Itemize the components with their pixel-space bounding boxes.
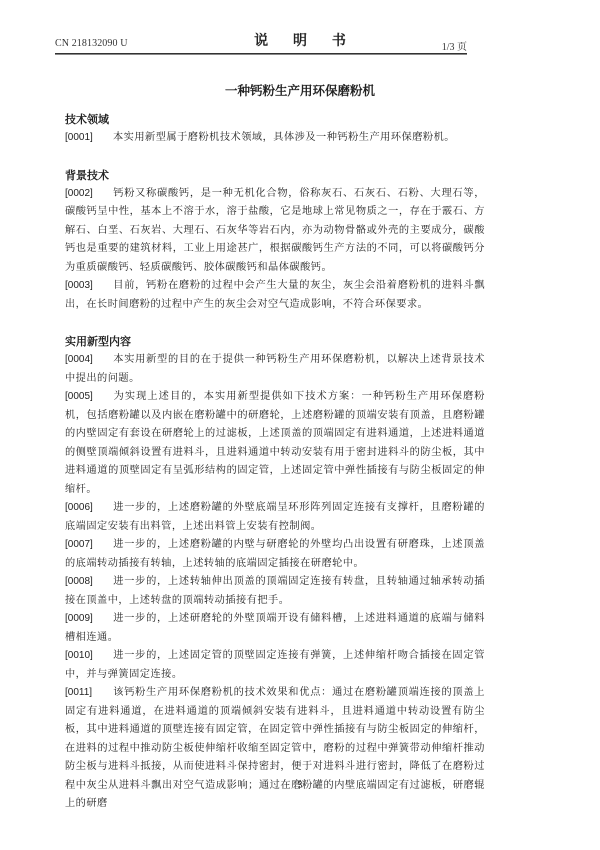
paragraph-text: 进一步的，上述磨粉罐的外壁底端呈环形阵列固定连接有支撑杆，且磨粉罐的底端固定安装…: [65, 502, 485, 532]
paragraph: [0007]进一步的，上述磨粉罐的内壁与研磨轮的外壁均凸出设置有研磨珠，上述顶盖…: [65, 536, 485, 573]
paragraph-text: 进一步的，上述转轴伸出顶盖的顶端固定连接有转盘，且转轴通过轴承转动插接在顶盖中，…: [65, 576, 485, 606]
paragraph-number: [0006]: [65, 499, 113, 518]
section-heading: 实用新型内容: [65, 332, 485, 351]
document-body: 技术领域 [0001]本实用新型属于磨粉机技术领域，具体涉及一种钙粉生产用环保磨…: [65, 110, 485, 814]
paragraph-number: [0010]: [65, 647, 113, 666]
paragraph-text: 进一步的，上述研磨轮的外壁顶端开设有储料槽，上述进料通道的底端与储料槽相连通。: [65, 613, 485, 643]
paragraph-number: [0001]: [65, 129, 113, 148]
paragraph-text: 进一步的，上述磨粉罐的内壁与研磨轮的外壁均凸出设置有研磨珠，上述顶盖的底端转动插…: [65, 539, 485, 569]
paragraph-number: [0008]: [65, 573, 113, 592]
section-heading: 技术领域: [65, 110, 485, 129]
paragraph: [0002]钙粉又称碳酸钙，是一种无机化合物，俗称灰石、石灰石、石粉、大理石等，…: [65, 185, 485, 278]
paragraph-number: [0009]: [65, 610, 113, 629]
paragraph: [0004]本实用新型的目的在于提供一种钙粉生产用环保磨粉机，以解决上述背景技术…: [65, 351, 485, 388]
paragraph-number: [0011]: [65, 684, 113, 703]
paragraph: [0011]该钙粉生产用环保磨粉机的技术效果和优点：通过在磨粉罐顶端连接的顶盖上…: [65, 684, 485, 814]
page-count: 1/3 页: [442, 38, 467, 53]
paragraph-number: [0003]: [65, 277, 113, 296]
paragraph-number: [0002]: [65, 185, 113, 204]
document-type: 说 明 书: [0, 30, 600, 50]
paragraph-text: 进一步的，上述固定管的顶壁固定连接有弹簧，上述伸缩杆吻合插接在固定管中，并与弹簧…: [65, 650, 485, 680]
paragraph-number: [0004]: [65, 351, 113, 370]
section-summary: 实用新型内容 [0004]本实用新型的目的在于提供一种钙粉生产用环保磨粉机，以解…: [65, 332, 485, 814]
paragraph-text: 本实用新型属于磨粉机技术领域，具体涉及一种钙粉生产用环保磨粉机。: [113, 132, 455, 143]
paragraph: [0006]进一步的，上述磨粉罐的外壁底端呈环形阵列固定连接有支撑杆，且磨粉罐的…: [65, 499, 485, 536]
paragraph: [0003]目前，钙粉在磨粉的过程中会产生大量的灰尘，灰尘会沿着磨粉机的进料斗飘…: [65, 277, 485, 314]
header-divider: [55, 53, 467, 54]
paragraph-text: 本实用新型的目的在于提供一种钙粉生产用环保磨粉机，以解决上述背景技术中提出的问题…: [65, 354, 485, 384]
paragraph-text: 目前，钙粉在磨粉的过程中会产生大量的灰尘，灰尘会沿着磨粉机的进料斗飘出，在长时间…: [65, 280, 485, 310]
section-technical-field: 技术领域 [0001]本实用新型属于磨粉机技术领域，具体涉及一种钙粉生产用环保磨…: [65, 110, 485, 148]
paragraph-number: [0005]: [65, 388, 113, 407]
section-background: 背景技术 [0002]钙粉又称碳酸钙，是一种无机化合物，俗称灰石、石灰石、石粉、…: [65, 166, 485, 315]
paragraph: [0010]进一步的，上述固定管的顶壁固定连接有弹簧，上述伸缩杆吻合插接在固定管…: [65, 647, 485, 684]
paragraph: [0001]本实用新型属于磨粉机技术领域，具体涉及一种钙粉生产用环保磨粉机。: [65, 129, 485, 148]
section-heading: 背景技术: [65, 166, 485, 185]
document-title: 一种钙粉生产用环保磨粉机: [0, 81, 600, 99]
paragraph: [0005]为实现上述目的，本实用新型提供如下技术方案：一种钙粉生产用环保磨粉机…: [65, 388, 485, 499]
paragraph: [0008]进一步的，上述转轴伸出顶盖的顶端固定连接有转盘，且转轴通过轴承转动插…: [65, 573, 485, 610]
paragraph-text: 为实现上述目的，本实用新型提供如下技术方案：一种钙粉生产用环保磨粉机，包括磨粉罐…: [65, 391, 485, 495]
paragraph-text: 钙粉又称碳酸钙，是一种无机化合物，俗称灰石、石灰石、石粉、大理石等，碳酸钙呈中性…: [65, 188, 485, 273]
paragraph-number: [0007]: [65, 536, 113, 555]
paragraph: [0009]进一步的，上述研磨轮的外壁顶端开设有储料槽，上述进料通道的底端与储料…: [65, 610, 485, 647]
page-number: 3: [0, 780, 600, 791]
